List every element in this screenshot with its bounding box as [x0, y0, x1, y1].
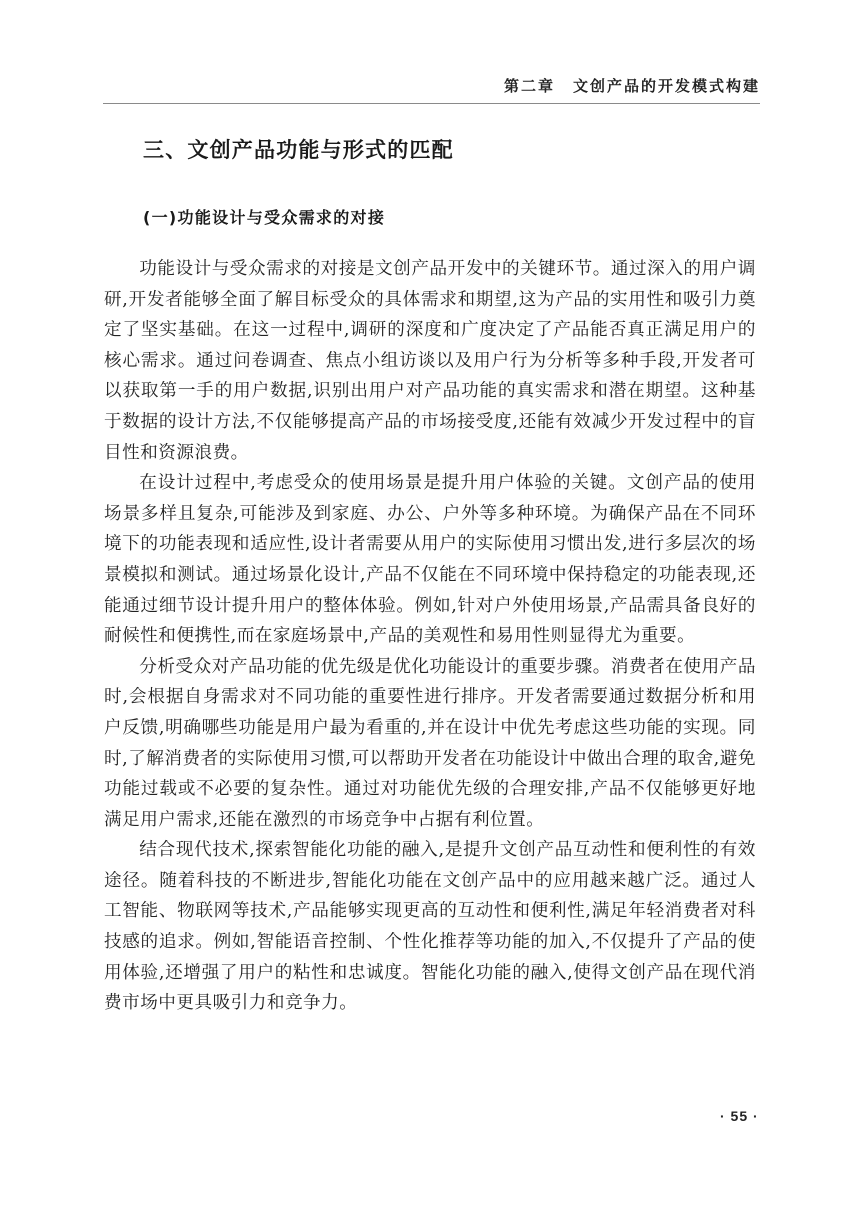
chapter-title: 文创产品的开发模式构建 [573, 77, 760, 95]
chapter-number: 第二章 [504, 77, 555, 95]
paragraph: 分析受众对产品功能的优先级是优化功能设计的重要步骤。消费者在使用产品时,会根据自… [104, 652, 756, 836]
subsection-title: (一)功能设计与受众需求的对接 [143, 205, 385, 228]
paragraph: 功能设计与受众需求的对接是文创产品开发中的关键环节。通过深入的用户调研,开发者能… [104, 254, 756, 468]
paragraph: 结合现代技术,探索智能化功能的融入,是提升文创产品互动性和便利性的有效途径。随着… [104, 835, 756, 1019]
body-text: 功能设计与受众需求的对接是文创产品开发中的关键环节。通过深入的用户调研,开发者能… [104, 254, 756, 1019]
page-number: · 55 · [720, 1108, 759, 1124]
running-header: 第二章文创产品的开发模式构建 [103, 74, 760, 104]
book-page: 第二章文创产品的开发模式构建 三、文创产品功能与形式的匹配 (一)功能设计与受众… [0, 0, 860, 1208]
section-title: 三、文创产品功能与形式的匹配 [143, 134, 454, 164]
paragraph: 在设计过程中,考虑受众的使用场景是提升用户体验的关键。文创产品的使用场景多样且复… [104, 468, 756, 652]
